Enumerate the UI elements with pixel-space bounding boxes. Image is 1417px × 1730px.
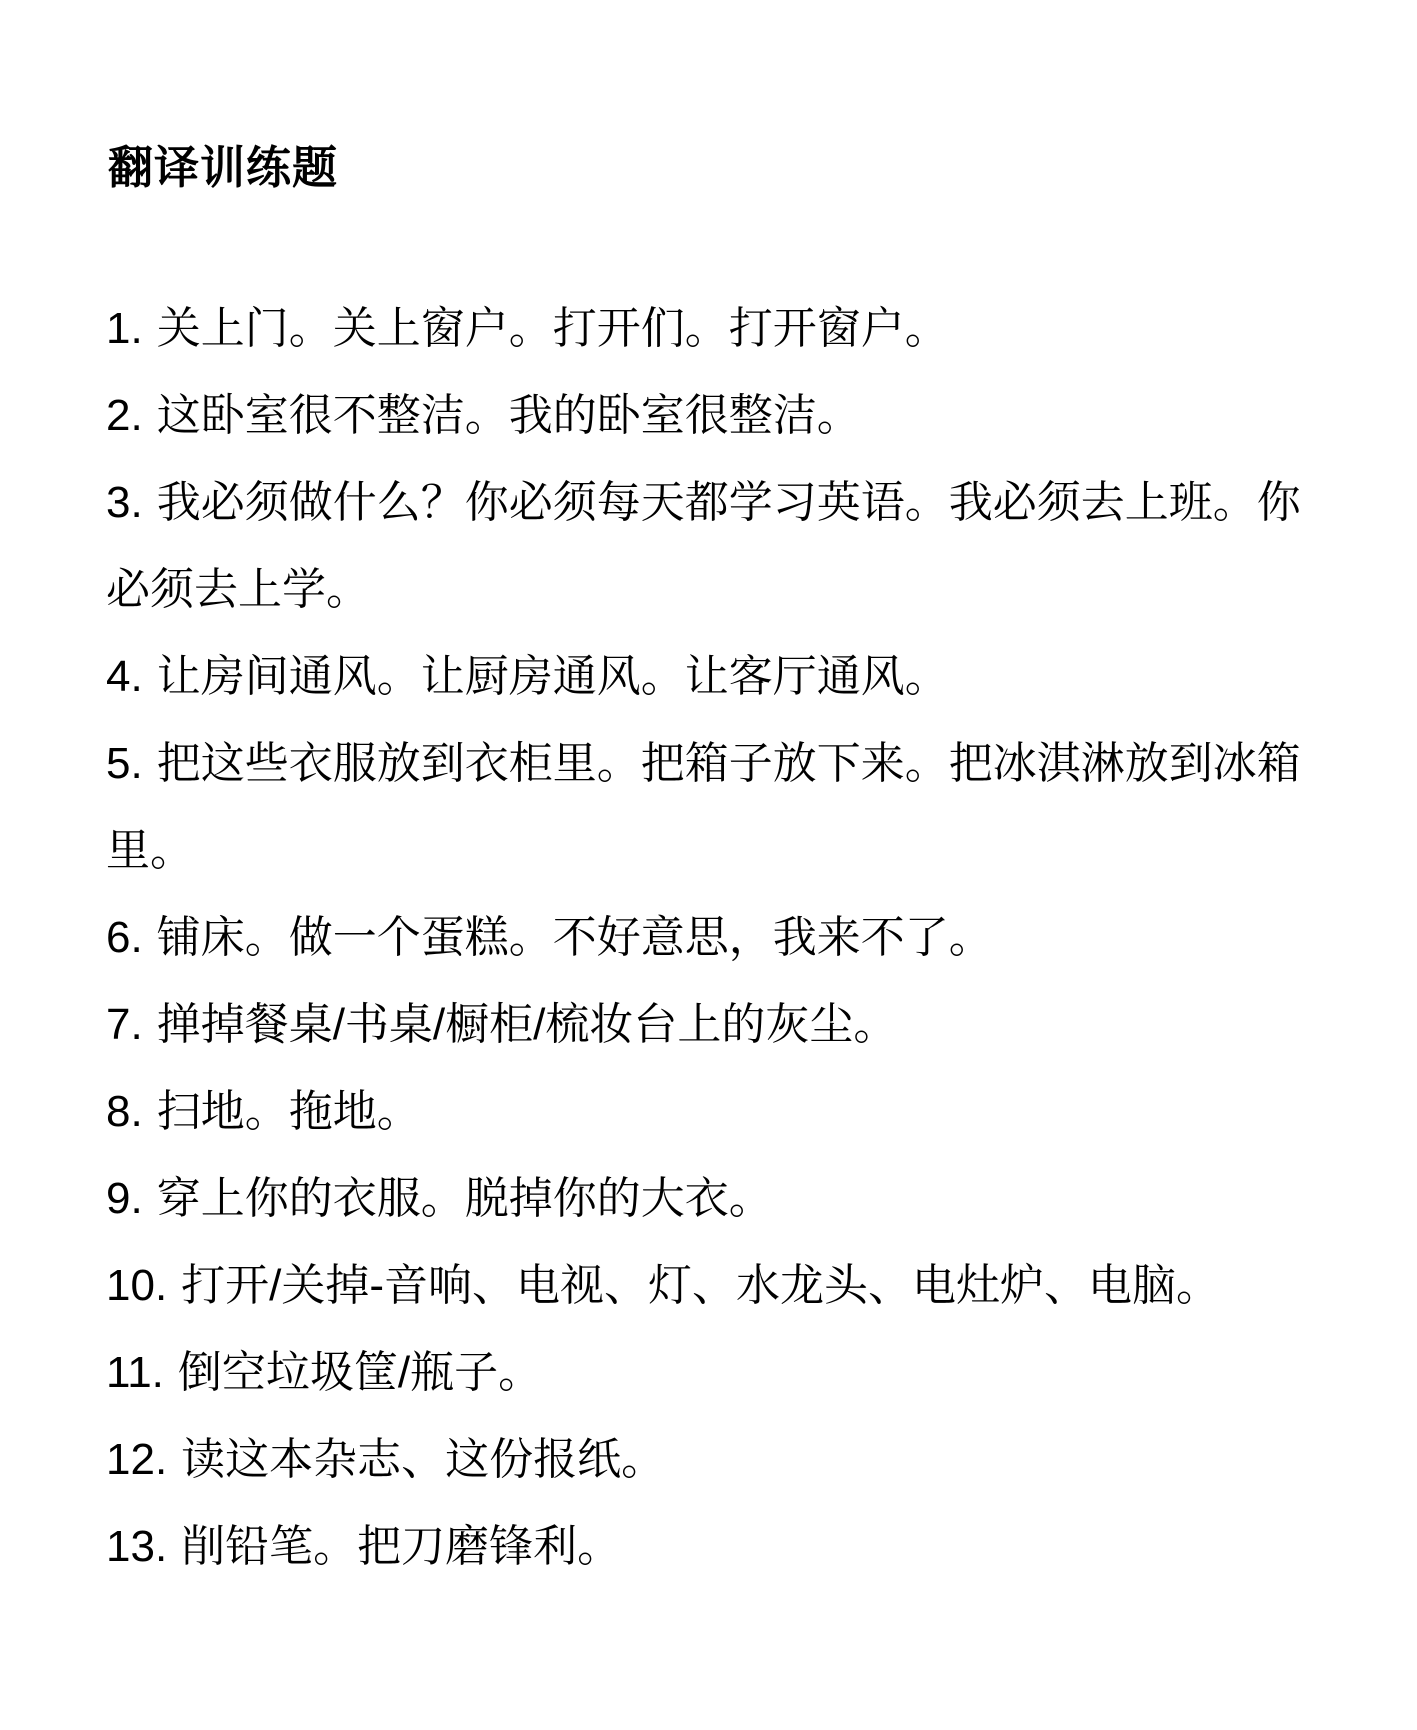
list-item: 5.把这些衣服放到衣柜里。把箱子放下来。把冰淇淋放到冰箱里。 [106, 720, 1320, 894]
list-item: 11.倒空垃圾筐/瓶子。 [106, 1329, 1320, 1416]
list-item: 10.打开/关掉-音响、电视、灯、水龙头、电灶炉、电脑。 [106, 1242, 1320, 1329]
list-item: 6.铺床。做一个蛋糕。不好意思，我来不了。 [106, 894, 1320, 981]
document-page: 翻译训练题 1.关上门。关上窗户。打开们。打开窗户。2.这卧室很不整洁。我的卧室… [0, 0, 1417, 1730]
item-number: 12. [106, 1435, 167, 1484]
item-number: 5. [106, 739, 143, 788]
item-text: 让房间通风。让厨房通风。让客厅通风。 [157, 652, 949, 701]
item-number: 2. [106, 391, 143, 440]
item-text: 铺床。做一个蛋糕。不好意思，我来不了。 [157, 913, 993, 962]
list-item: 8.扫地。拖地。 [106, 1068, 1320, 1155]
item-text: 读这本杂志、这份报纸。 [181, 1435, 665, 1484]
item-number: 10. [106, 1261, 167, 1310]
list-item: 3.我必须做什么？你必须每天都学习英语。我必须去上班。你必须去上学。 [106, 459, 1320, 633]
list-item: 7.掸掉餐桌/书桌/橱柜/梳妆台上的灰尘。 [106, 981, 1320, 1068]
item-text: 这卧室很不整洁。我的卧室很整洁。 [157, 391, 861, 440]
item-number: 11. [106, 1348, 164, 1397]
list-item: 12.读这本杂志、这份报纸。 [106, 1416, 1320, 1503]
page-title: 翻译训练题 [108, 124, 1417, 211]
item-number: 13. [106, 1522, 167, 1571]
translation-exercise-list: 1.关上门。关上窗户。打开们。打开窗户。2.这卧室很不整洁。我的卧室很整洁。3.… [106, 285, 1320, 1590]
item-text: 把这些衣服放到衣柜里。把箱子放下来。把冰淇淋放到冰箱里。 [106, 739, 1301, 875]
list-item: 1.关上门。关上窗户。打开们。打开窗户。 [106, 285, 1320, 372]
item-number: 4. [106, 652, 143, 701]
list-item: 13.削铅笔。把刀磨锋利。 [106, 1503, 1320, 1590]
item-text: 我必须做什么？你必须每天都学习英语。我必须去上班。你必须去上学。 [106, 478, 1301, 614]
item-text: 关上门。关上窗户。打开们。打开窗户。 [157, 304, 949, 353]
item-number: 9. [106, 1174, 143, 1223]
list-item: 9.穿上你的衣服。脱掉你的大衣。 [106, 1155, 1320, 1242]
item-text: 倒空垃圾筐/瓶子。 [178, 1348, 542, 1397]
item-number: 6. [106, 913, 143, 962]
item-text: 穿上你的衣服。脱掉你的大衣。 [157, 1174, 773, 1223]
list-item: 2.这卧室很不整洁。我的卧室很整洁。 [106, 372, 1320, 459]
item-text: 打开/关掉-音响、电视、灯、水龙头、电灶炉、电脑。 [181, 1261, 1220, 1310]
item-number: 1. [106, 304, 143, 353]
item-text: 削铅笔。把刀磨锋利。 [181, 1522, 621, 1571]
item-number: 3. [106, 478, 143, 527]
item-number: 8. [106, 1087, 143, 1136]
item-text: 扫地。拖地。 [157, 1087, 421, 1136]
item-number: 7. [106, 1000, 143, 1049]
list-item: 4.让房间通风。让厨房通风。让客厅通风。 [106, 633, 1320, 720]
item-text: 掸掉餐桌/书桌/橱柜/梳妆台上的灰尘。 [157, 1000, 898, 1049]
